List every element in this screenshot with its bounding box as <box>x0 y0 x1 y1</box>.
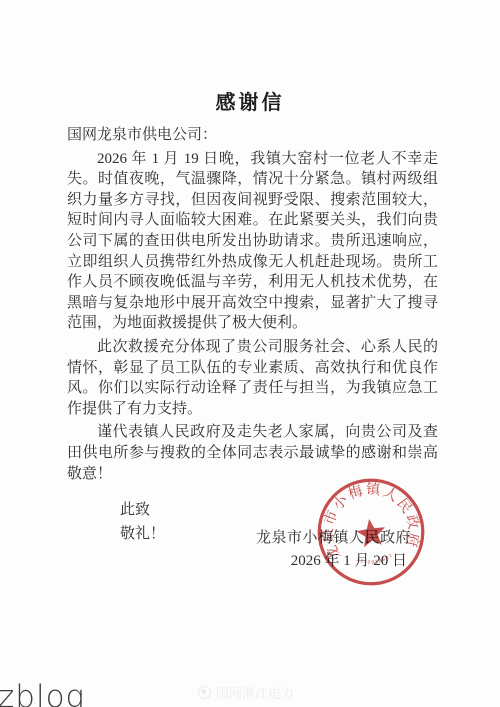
seal-arc-text: 龙泉市小梅镇人民政府 <box>313 473 426 564</box>
letter-title: 感谢信 <box>0 86 500 115</box>
zblog-watermark: zblog <box>0 679 85 707</box>
seal-star-icon <box>355 517 387 548</box>
paragraph-2: 此次救援充分体现了贵公司服务社会、心系人民的情怀，彰显了员工队伍的专业素质、高效… <box>67 337 438 419</box>
photo-credit-text: 国网浙江电力 <box>216 683 294 702</box>
photo-credit-watermark: 国网浙江电力 <box>198 683 294 702</box>
salutation: 国网龙泉市供电公司： <box>67 125 438 146</box>
official-seal: 龙泉市小梅镇人民政府 3310918802 <box>307 468 436 597</box>
paragraph-1: 2026 年 1 月 19 日晚，我镇大窑村一位老人不幸走失。时值夜晚，气温骤降… <box>67 149 438 334</box>
watermark-logo-icon <box>198 686 211 699</box>
seal-code: 3310918802 <box>355 552 396 568</box>
letter-page: 感谢信 国网龙泉市供电公司： 2026 年 1 月 19 日晚，我镇大窑村一位老… <box>0 0 500 707</box>
